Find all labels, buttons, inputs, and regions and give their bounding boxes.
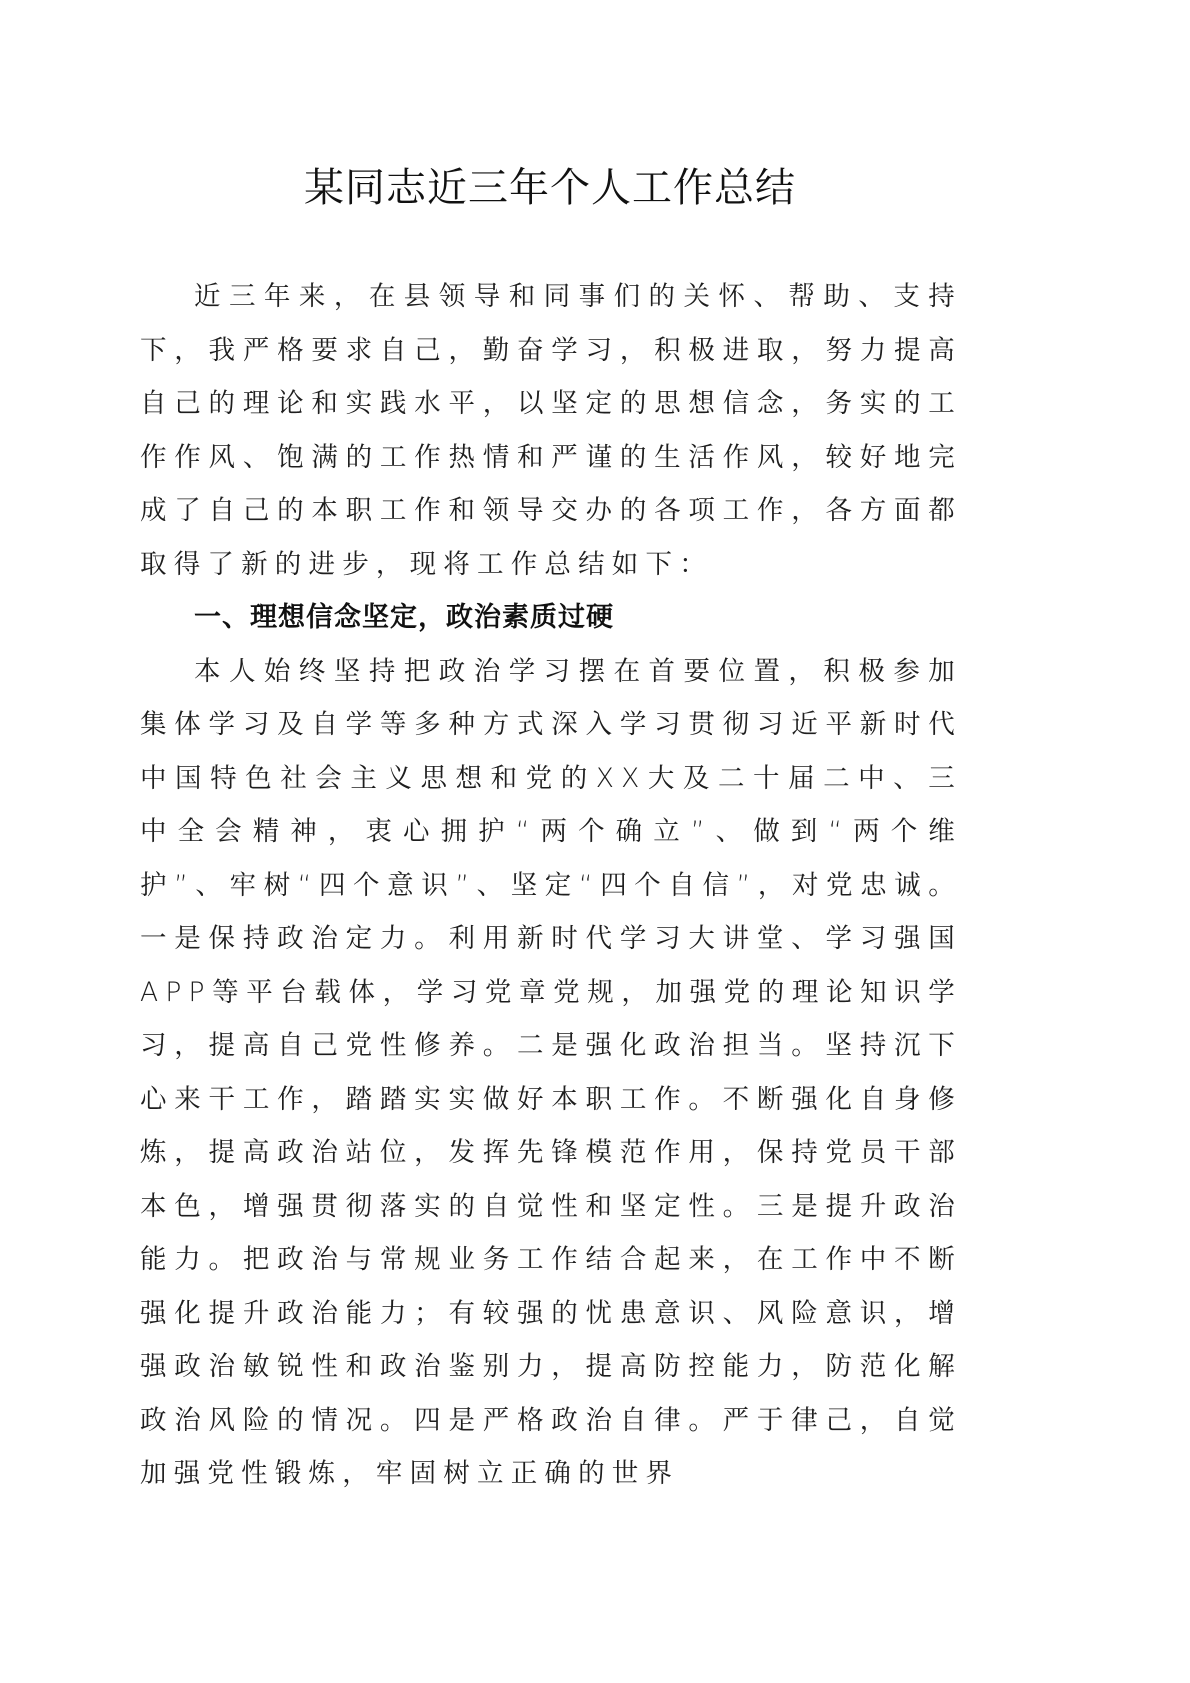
intro-paragraph: 近三年来，在县领导和同事们的关怀、帮助、支持下，我严格要求自己，勤奋学习，积极进… (140, 270, 962, 591)
document-page: 某同志近三年个人工作总结 近三年来，在县领导和同事们的关怀、帮助、支持下，我严格… (0, 0, 1190, 1683)
document-body: 近三年来，在县领导和同事们的关怀、帮助、支持下，我严格要求自己，勤奋学习，积极进… (140, 270, 962, 1501)
section-heading-1: 一、理想信念坚定，政治素质过硬 (140, 591, 962, 645)
document-title: 某同志近三年个人工作总结 (0, 160, 1100, 216)
section-paragraph-1: 本人始终坚持把政治学习摆在首要位置，积极参加集体学习及自学等多种方式深入学习贯彻… (140, 645, 962, 1501)
